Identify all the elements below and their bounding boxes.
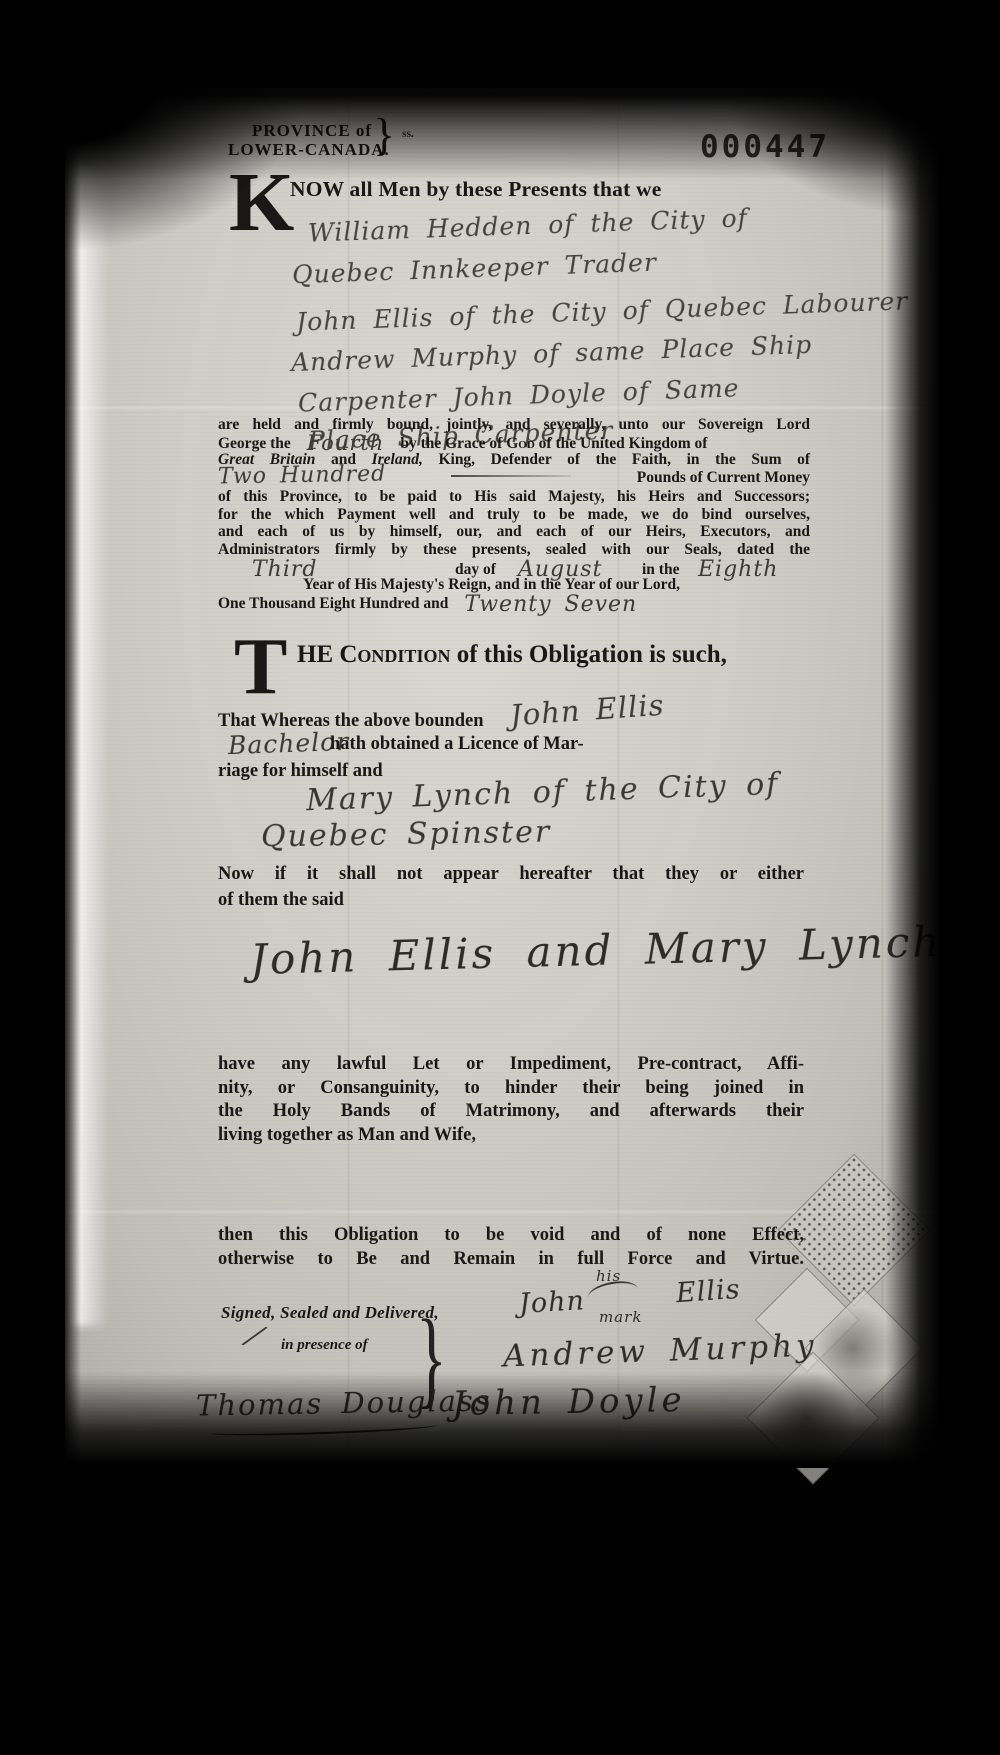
signature-witness-thomas-douglass: Thomas Douglass	[196, 1383, 492, 1422]
print-run: Pounds of Current Money	[637, 468, 810, 487]
condition-line: Now if it shall not appear hereafter tha…	[218, 863, 804, 887]
bond-clause-line: Two Hundred Pounds of Current Money	[218, 466, 810, 485]
signature-john-ellis-first: John	[518, 1285, 585, 1319]
condition-line: of them the said	[218, 889, 804, 913]
condition-line: nity, or Consanguinity, to hinder their …	[218, 1077, 804, 1101]
print-run: hath obtained a Licence of Mar-	[330, 733, 584, 757]
pen-dash-flourish	[451, 475, 571, 477]
bond-clause-line: George theFourthby the Grace of God of t…	[218, 432, 810, 451]
brace-icon: }	[373, 108, 395, 161]
dropcap-t: T	[234, 636, 287, 698]
handwritten-year: Twenty Seven	[464, 595, 637, 614]
ss-mark: ss.	[402, 126, 414, 141]
condition-line: the Holy Bands of Matrimony, and afterwa…	[218, 1100, 804, 1124]
signature-john-ellis-last: Ellis	[675, 1274, 741, 1309]
condition-line: hath obtained a Licence of Mar-	[218, 733, 804, 763]
handwritten-groom-name: John Ellis	[509, 694, 665, 728]
opening-headline: NOW all Men by these Presents that we	[290, 177, 661, 202]
dropcap-k: K	[229, 170, 294, 236]
bond-clause-line: One Thousand Eight Hundred andTwenty Sev…	[218, 592, 810, 611]
province-label-line1: PROVINCE of	[252, 121, 372, 141]
bond-clause-line: for the which Payment well and truly to …	[218, 505, 810, 524]
handwritten-sum: Two Hundred	[218, 465, 386, 487]
serial-number: 000447	[700, 129, 830, 165]
attestation-label: Signed, Sealed and Delivered,	[221, 1303, 439, 1323]
scan-glare-strip	[73, 166, 109, 1326]
print-run-smallcaps: Condition	[339, 641, 450, 668]
bond-clause-line: and each of us by himself, our, and each…	[218, 522, 810, 541]
print-run: of this Obligation is such,	[457, 641, 727, 668]
condition-line: living together as Man and Wife,	[218, 1124, 804, 1148]
scanned-document-page: PROVINCE of LOWER-CANADA. } ss. 000447 K…	[0, 0, 1000, 1755]
condition-headline: HE Condition of this Obligation is such,	[297, 641, 727, 669]
handwritten-bride-line2: Quebec Spinster	[261, 814, 552, 854]
condition-line: have any lawful Let or Impediment, Pre-c…	[218, 1053, 804, 1077]
closing-line: otherwise to Be and Remain in full Force…	[218, 1248, 804, 1272]
closing-line: then this Obligation to be void and of n…	[218, 1224, 804, 1248]
bond-clause-line: of this Province, to be paid to His said…	[218, 487, 810, 506]
print-run: That Whereas the above bounden	[218, 711, 484, 731]
signature-his-mark-bottom: mark	[599, 1308, 642, 1326]
print-run: One Thousand Eight Hundred and	[218, 595, 448, 612]
print-run: HE	[297, 641, 333, 668]
